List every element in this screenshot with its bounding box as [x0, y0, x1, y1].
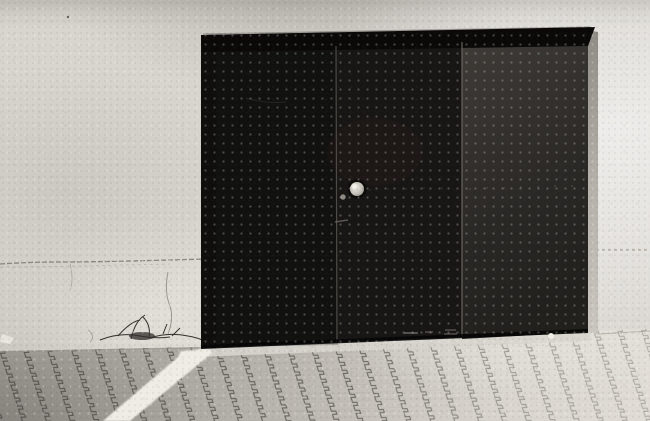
wall-speck [67, 16, 69, 18]
knob-highlight [352, 184, 357, 189]
pebble [548, 333, 554, 339]
garage-door [201, 27, 598, 348]
keyhole [340, 194, 345, 199]
photo-detail-layer [0, 0, 650, 421]
door-stain [327, 118, 423, 186]
garage-door-photo [0, 0, 650, 421]
door-right-panel [462, 29, 588, 339]
door-left-panel [216, 43, 336, 347]
door-left-stile [201, 35, 216, 348]
door-knob [350, 182, 364, 196]
weeds [100, 315, 206, 342]
wall-scrape [0, 334, 14, 344]
